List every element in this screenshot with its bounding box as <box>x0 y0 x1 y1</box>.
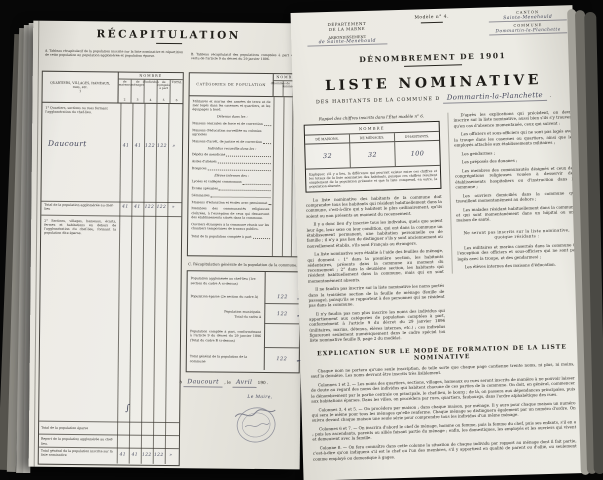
recapitulation-title-text: RÉCAPITULATION <box>96 28 241 42</box>
table-a-col-num: 1 <box>79 89 81 93</box>
c-comptee-a-part: Population comptée à part, conformément … <box>190 330 261 343</box>
right-paragraph: Les militaires et marins casernés dans l… <box>457 242 577 261</box>
table-a-header: QUARTIERS, VILLAGES, HAMEAUX, rues, etc.… <box>42 72 182 104</box>
right-paragraph: Les ouvriers domiciliés dans la commune … <box>456 190 576 204</box>
c-row-agglo: Population agglomérée au chef-lieu (1re … <box>191 277 262 286</box>
commune-value: Dommartin-la-Planchette <box>489 27 567 35</box>
mayor-stamp-and-signature <box>225 401 281 448</box>
subtitle-commune-name: Dommartin-la-Planchette <box>443 91 547 104</box>
right-paragraph: D'après les explications qui précèdent, … <box>453 109 573 128</box>
rappel-col-menages: DE MÉNAGES. <box>350 133 395 142</box>
group-eleves: Élèves internes des : <box>192 173 272 178</box>
rappel-col-habitants: D'HABITANTS. <box>395 132 439 141</box>
table-a: QUARTIERS, VILLAGES, HAMEAUX, rues, etc.… <box>38 71 184 466</box>
col-comptes-a-part: de comptés à part <box>157 81 169 91</box>
cat-religieuses: Membres des communautés religieuses cloî… <box>191 207 269 220</box>
right-paragraph: Les préposés des douanes ; <box>455 157 575 166</box>
rappel-col-maisons: DE MAISONS. <box>305 135 350 144</box>
canton-value: Sainte-Menehould <box>489 14 567 22</box>
total-agglo-label: Total de la population agglomérée au che… <box>44 203 116 212</box>
left-page-recapitulation: RÉCAPITULATION A. Tableau récapitulatif … <box>29 21 305 470</box>
c-total-general: Total général de la population de la com… <box>190 355 261 364</box>
intro-tableau-b: B. Tableau récapitulatif des populations… <box>191 52 295 61</box>
rappel-note: Expliquer, s'il y a lieu, la différence … <box>306 166 441 191</box>
explication-paragraph: Colonnes 1 et 2. — Les noms des quartier… <box>311 375 575 403</box>
flourish-mark: ∫ <box>125 404 130 414</box>
group-recueillis: Individus recueillis dans les : <box>192 146 272 151</box>
left-paragraph: La liste nominative des habitants de la … <box>306 194 443 219</box>
right-paragraph: Les élèves internes des maisons d'éducat… <box>458 261 578 270</box>
col-individus: d'individus <box>143 81 159 84</box>
section-1-label: 1° Quartiers, sections ou rues formant l… <box>45 106 117 115</box>
not-listed-heading: Ne seront pas inscrits sur la liste nomi… <box>457 227 577 241</box>
table-b-total: Total de la population comptée à part <box>191 234 252 239</box>
rappel-table: NOMBRE DE MAISONS. DE MÉNAGES. D'HABITAN… <box>304 121 442 192</box>
table-c: Population agglomérée au chef-lieu (1re … <box>186 270 301 373</box>
right-paragraph: Les gendarmes ; <box>454 148 574 157</box>
cat-militaires: Militaires et marins des armées de terre… <box>192 99 270 112</box>
recapitulation-title: RÉCAPITULATION <box>33 28 304 46</box>
left-paragraph: Il n'y faudra pas non plus inscrire les … <box>309 308 446 343</box>
c-total-cadre-a: Total du cadre A <box>235 314 262 318</box>
left-paragraph: La liste nominative sera établie à l'aid… <box>307 248 444 283</box>
group-detenus: Détenus dans les : <box>192 115 272 120</box>
rappel-val-maisons: 32 <box>323 152 332 160</box>
arrondissement-value: de Sainte-Menehould <box>307 39 387 47</box>
rappel-caption: Rappel des chiffres inscrits dans l'État… <box>303 113 439 122</box>
table-b-header: CATÉGORIES DE POPULATION NOMBRE d'hommes… <box>190 73 302 97</box>
canton-commune-block: CANTON Sainte-Menehould COMMUNE Dommarti… <box>489 9 568 35</box>
denombrement-title: DÉNOMBREMENT DE 1901 <box>292 49 574 69</box>
departement-value: DE LA MARNE <box>307 26 387 33</box>
right-paragraph: Les membres des communautés désignés et … <box>455 165 576 189</box>
cat-ouvriers: Ouvriers étrangers à la commune réunis s… <box>191 222 269 231</box>
scanned-register-spread: RÉCAPITULATION A. Tableau récapitulatif … <box>0 0 603 480</box>
section-2-label: 2° Sections, villages, hameaux, écarts, … <box>44 219 116 236</box>
right-paragraph: Les officiers et sous-officiers qui ne s… <box>454 128 574 147</box>
rappel-val-menages: 32 <box>368 151 377 159</box>
title-underline <box>156 43 182 44</box>
left-paragraph: Il ne faudra pas inscrire sur la liste n… <box>308 283 445 308</box>
categories-header: CATÉGORIES DE POPULATION <box>190 73 274 96</box>
closing-date-line: à Daucourt , le Avril 190 . <box>180 378 300 386</box>
rappel-val-habitants: 100 <box>411 150 425 158</box>
le-maire-label: Le Maire, <box>247 395 272 400</box>
explication-section: EXPLICATION SUR LE MODE DE FORMATION DE … <box>310 343 577 465</box>
instructions-right-column: D'après les explications qui précèdent, … <box>447 109 577 274</box>
left-paragraph: Il y a donc lieu d'y inscrire tous les i… <box>306 218 443 248</box>
table-b: CATÉGORIES DE POPULATION NOMBRE d'hommes… <box>187 72 303 257</box>
right-paragraph: Les malades résidant habituellement dans… <box>456 204 576 223</box>
table-c-title: C. Récapitulation générale de la populat… <box>187 262 299 268</box>
intro-tableau-a: A. Tableau récapitulatif de la populatio… <box>45 49 183 59</box>
entry-commune-name: Daucourt <box>48 139 87 148</box>
instructions-left-column: Rappel des chiffres inscrits dans l'État… <box>303 113 445 347</box>
closing-place: Daucourt <box>183 378 223 387</box>
table-a-body: 1° Quartiers, sections ou rues formant l… <box>39 103 183 464</box>
row-total-general: Total général de la population inscrite … <box>39 447 179 464</box>
explication-paragraph: Colonne 8. — On fera connaître dans cett… <box>313 438 577 461</box>
col-maisons: de maisons <box>119 80 131 87</box>
right-page-liste-nominative: DÉPARTEMENT DE LA MARNE ARRONDISSEMENT d… <box>291 5 586 480</box>
c-row-eparse: Population éparse (2e section du cadre A… <box>190 295 261 300</box>
table-b-body: Militaires et marins des armées de terre… <box>188 96 302 256</box>
closing-month: Avril <box>232 379 256 388</box>
col-total: TOTAL <box>172 81 182 84</box>
